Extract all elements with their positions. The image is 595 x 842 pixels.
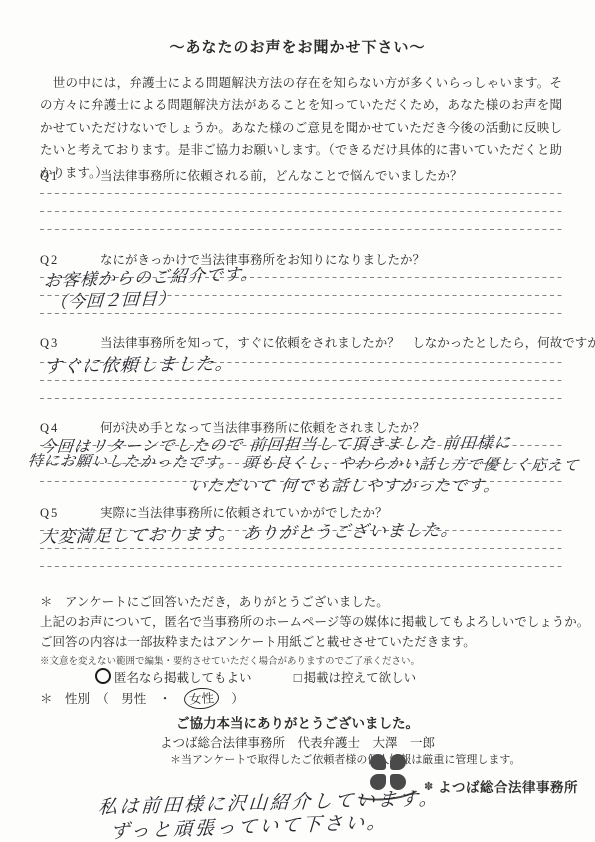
privacy-note: ＊当アンケートで取得したご依頼者様の個人情報は厳重に管理します。 [170,751,520,767]
firm-logo-text: よつば総合法律事務所 [438,776,578,796]
option-decline-label: 掲載は控えて欲しい [304,671,417,685]
firm-signature: よつば総合法律事務所 代表弁護士 大澤 一郎 [0,733,595,751]
question-block-q2: Q2なにがきっかけで当法律事務所をお知りになりましたか？ お客様からのご紹介です… [40,250,562,320]
question-block-q1: Q1当法律事務所に依頼される前，どんなことで悩んでいましたか？ [40,166,562,236]
handwritten-answer: （今回２回目） [49,284,176,313]
question-id: Q5 [40,506,100,521]
question-text: 当法律事務所に依頼される前，どんなことで悩んでいましたか？ [100,169,463,183]
question-id: Q3 [40,336,100,351]
answer-line-rule [40,547,562,549]
survey-thanks-line: ＊ アンケートにご回答いただき，ありがとうございました。 [40,592,389,610]
closing-thanks: ご協力本当にありがとうございました。 [0,712,595,732]
answer-line-rule [40,228,562,230]
publish-question-line: 上記のお声について，匿名で当事務所のホームページ等の媒体に掲載してもよろしいでし… [40,612,589,630]
answer-line-rule [40,379,562,381]
handwritten-circle-mark-icon [95,668,111,684]
option-allow-label: 匿名なら掲載してもよい [114,671,252,685]
checkbox-icon: □ [294,670,302,685]
question-block-q4: Q4何が決め手となって当法律事務所に依頼をされましたか？ 今回はリターンでしたの… [40,418,562,488]
question-block-q5: Q5実際に当法律事務所に依頼されていかがでしたか？ 大変満足しております。 あり… [40,503,562,573]
gender-row: ＊ 性別 （ 男性 ・ 女性 ） [40,688,244,709]
gender-paren-close: ） [219,692,244,706]
handwritten-answer: 特にお願いしたかったです。 頭も良くし、やわらかい話し方で優しく応えて [27,450,581,476]
handwritten-answer: いただいて 何でも話しやすかったです。 [189,473,502,496]
question-id: Q1 [40,169,100,184]
answer-line-rule [40,565,562,567]
answer-line-rule [40,312,562,314]
gender-female-circled: 女性 [183,687,219,710]
answer-line-rule [40,397,562,399]
question-row: Q3当法律事務所を知って，すぐに依頼をされましたか？ しなかったとしたら，何故で… [40,333,562,351]
gender-male-option: 男性 [121,692,146,706]
gender-separator: ・ [146,692,184,706]
question-block-q3: Q3当法律事務所を知って，すぐに依頼をされましたか？ しなかったとしたら，何故で… [40,333,562,403]
clover-leaf [370,754,386,770]
survey-sheet: ～あなたのお声をお聞かせ下さい～ 世の中には，弁護士による問題解決方法の存在を知… [0,0,595,842]
publish-detail-line: ご回答の内容は一部抜粋またはアンケート用紙ごと載せさせていただきます。 [40,632,476,650]
gender-female-option: 女性 [188,691,214,707]
question-row: Q1当法律事務所に依頼される前，どんなことで悩んでいましたか？ [40,166,562,184]
publish-options-row: 匿名なら掲載してもよい □掲載は控えて欲しい [95,668,416,686]
handwritten-answer: すぐに依頼しました。 [43,349,235,378]
gender-label: ＊ 性別 （ [40,692,121,706]
page-title: ～あなたのお声をお聞かせ下さい～ [0,36,595,57]
question-text: 当法律事務所を知って，すぐに依頼をされましたか？ しなかったとしたら，何故ですか… [100,336,595,350]
answer-line-rule [40,210,562,212]
answer-line-rule [40,192,562,194]
edit-note: ※文意を変えない範囲で編集・要約させていただく場合がありますのでご了承ください。 [40,653,420,667]
clover-leaf [390,754,406,770]
